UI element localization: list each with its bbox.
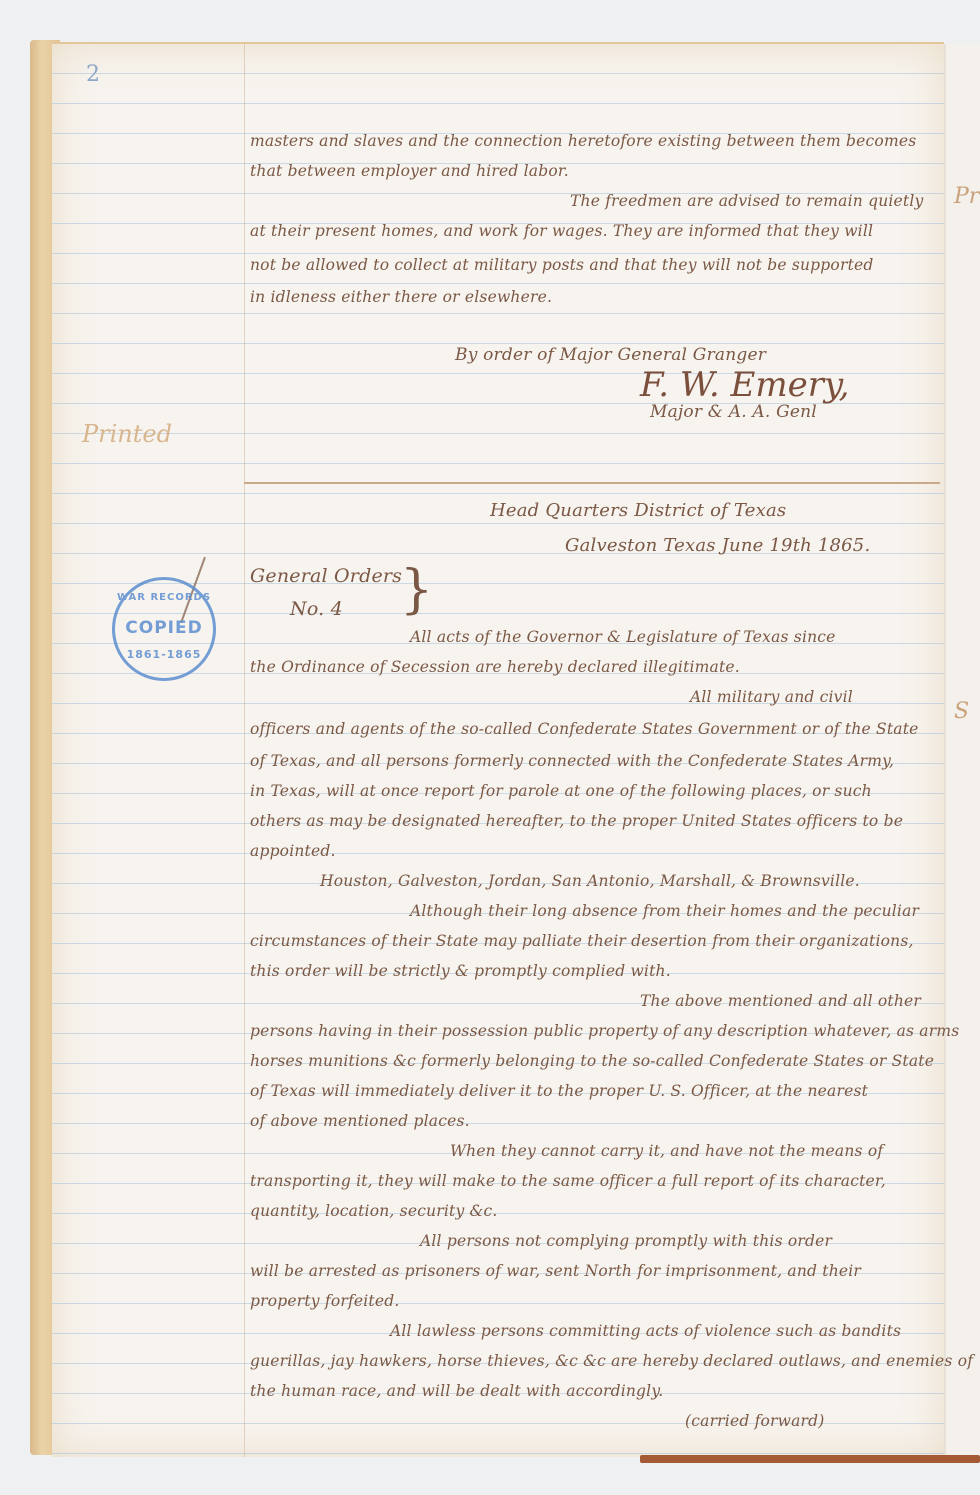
margin-note-printed: Printed: [82, 420, 172, 448]
stamp-center-text: COPIED: [115, 618, 213, 638]
facing-page-fragment: Pr: [954, 184, 979, 209]
heading-headquarters: Head Quarters District of Texas: [490, 500, 786, 521]
text-line: will be arrested as prisoners of war, se…: [250, 1262, 861, 1280]
text-line: All military and civil: [690, 688, 853, 706]
facing-page-fragment: S: [954, 699, 969, 724]
text-line: Houston, Galveston, Jordan, San Antonio,…: [320, 872, 860, 890]
text-line: property forfeited.: [250, 1292, 399, 1310]
text-line: persons having in their possession publi…: [250, 1022, 959, 1040]
text-line: the human race, and will be dealt with a…: [250, 1382, 663, 1400]
order-number: No. 4: [290, 598, 343, 620]
text-line: not be allowed to collect at military po…: [250, 256, 874, 274]
text-line: of Texas, and all persons formerly conne…: [250, 752, 894, 770]
text-line: of Texas will immediately deliver it to …: [250, 1082, 868, 1100]
text-line: officers and agents of the so-called Con…: [250, 720, 919, 738]
stamp-top-text: WAR RECORDS: [115, 592, 213, 603]
signature-title: Major & A. A. Genl: [650, 402, 817, 422]
brace-mark: }: [400, 560, 433, 620]
text-line: All persons not complying promptly with …: [420, 1232, 832, 1250]
text-line: Although their long absence from their h…: [410, 902, 919, 920]
text-line: circumstances of their State may palliat…: [250, 932, 914, 950]
text-line: All lawless persons committing acts of v…: [390, 1322, 901, 1340]
signature: F. W. Emery,: [640, 365, 849, 405]
text-line: at their present homes, and work for wag…: [250, 222, 873, 240]
book-cover-edge: [640, 1455, 980, 1463]
text-line: appointed.: [250, 842, 336, 860]
text-line: guerillas, jay hawkers, horse thieves, &…: [250, 1352, 973, 1370]
text-line: quantity, location, security &c.: [250, 1202, 498, 1220]
text-line: in Texas, will at once report for parole…: [250, 782, 872, 800]
text-line: The freedmen are advised to remain quiet…: [570, 192, 923, 210]
section-divider: [244, 482, 940, 484]
margin-rule: [244, 44, 245, 1457]
heading-place-date: Galveston Texas June 19th 1865.: [565, 535, 870, 556]
text-line: When they cannot carry it, and have not …: [450, 1142, 883, 1160]
text-line: that between employer and hired labor.: [250, 162, 569, 180]
carried-forward-note: (carried forward): [685, 1412, 825, 1430]
text-line: the Ordinance of Secession are hereby de…: [250, 658, 740, 676]
text-line: in idleness either there or elsewhere.: [250, 288, 552, 306]
order-label: General Orders: [250, 565, 402, 587]
text-line: others as may be designated hereafter, t…: [250, 812, 903, 830]
page-number: 2: [86, 62, 100, 87]
stamp-bottom-text: 1861-1865: [115, 648, 213, 661]
facing-page: Pr S: [944, 44, 980, 1455]
text-line: horses munitions &c formerly belonging t…: [250, 1052, 934, 1070]
text-line: masters and slaves and the connection he…: [250, 132, 916, 150]
text-line: The above mentioned and all other: [640, 992, 921, 1010]
text-line: All acts of the Governor & Legislature o…: [410, 628, 836, 646]
by-order-line: By order of Major General Granger: [455, 345, 766, 365]
text-line: this order will be strictly & promptly c…: [250, 962, 671, 980]
text-line: transporting it, they will make to the s…: [250, 1172, 886, 1190]
war-records-stamp: WAR RECORDS COPIED 1861-1865: [112, 577, 216, 681]
text-line: of above mentioned places.: [250, 1112, 470, 1130]
